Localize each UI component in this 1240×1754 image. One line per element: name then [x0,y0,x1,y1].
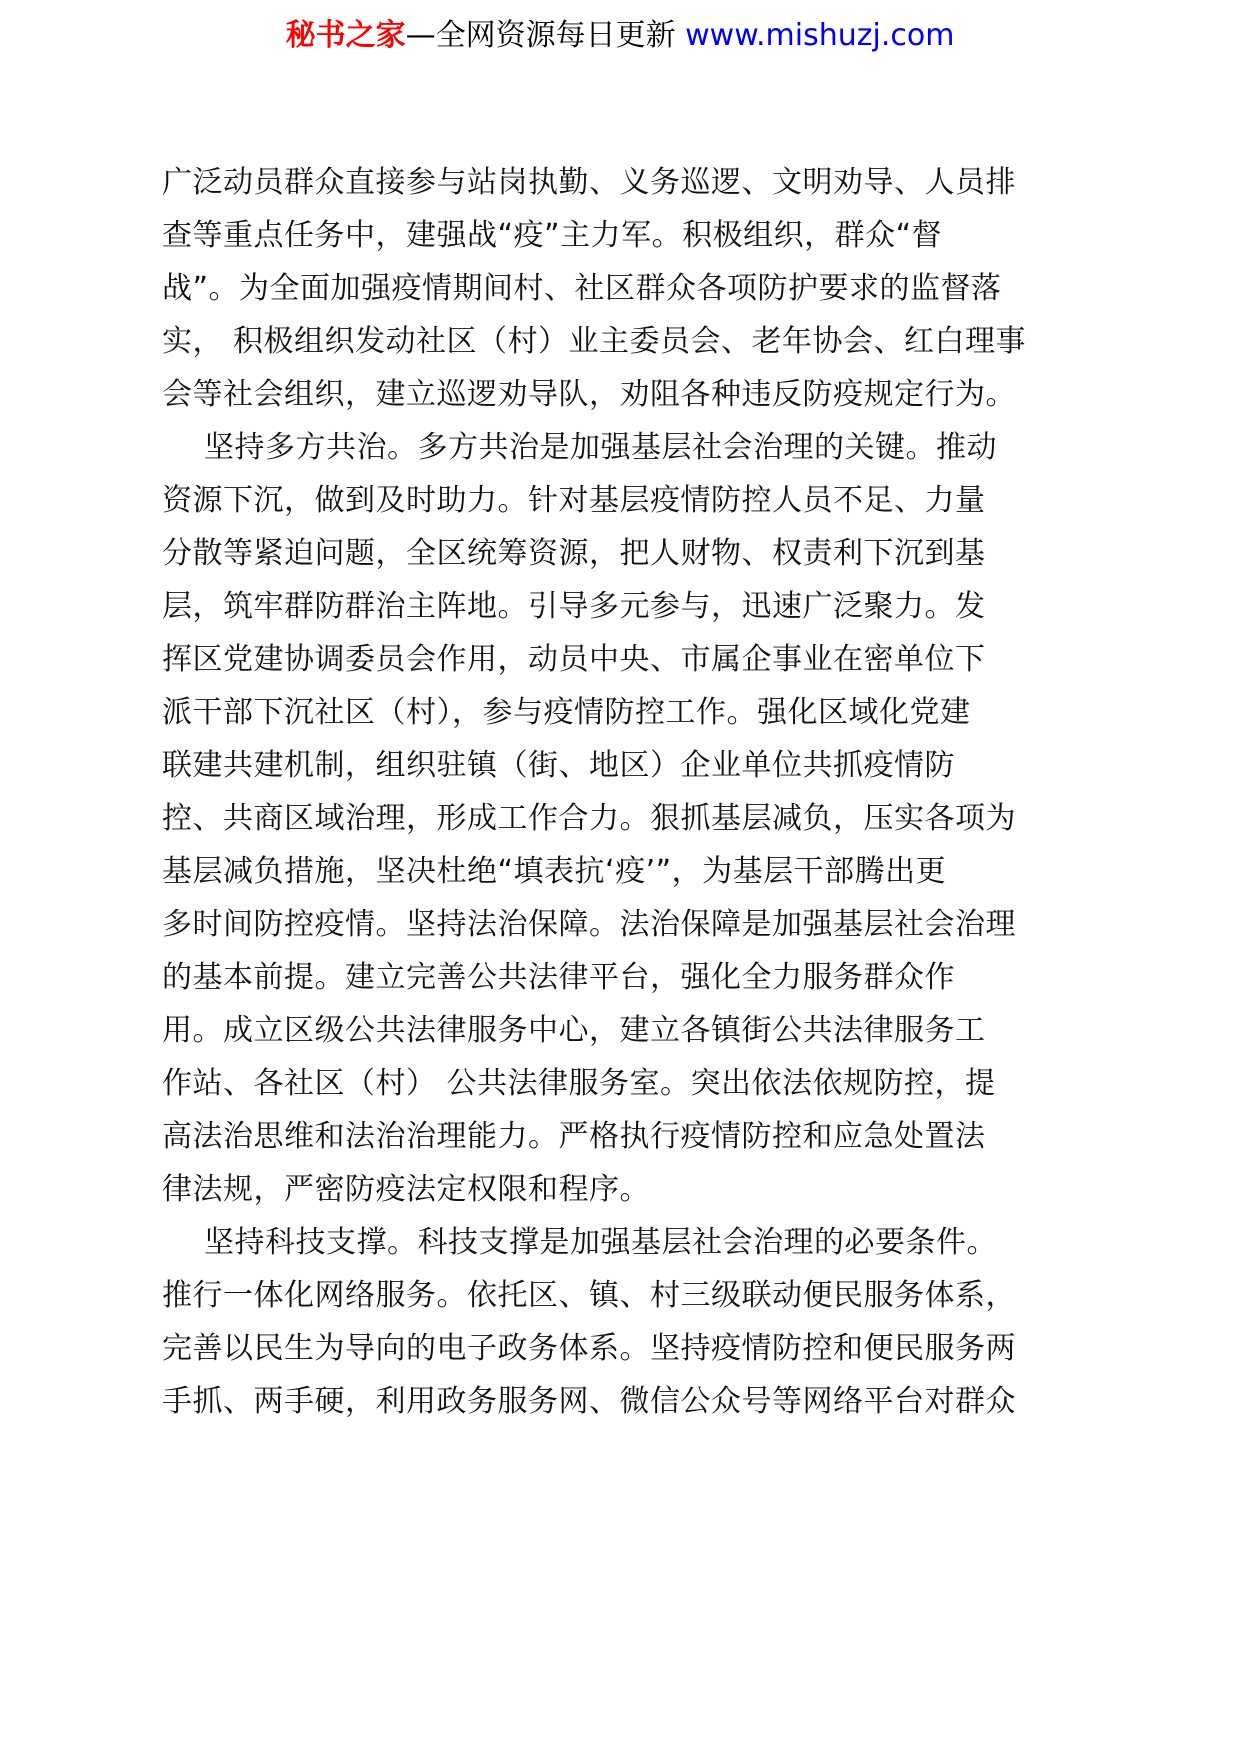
text-line: 基层减负措施，坚决杜绝“填表抗‘疫’”，为基层干部腾出更 [162,845,1092,898]
text-line: 查等重点任务中，建强战“疫”主力军。积极组织，群众“督 [162,209,1092,262]
text-line: 高法治思维和法治治理能力。严格执行疫情防控和应急处置法 [162,1110,1092,1163]
text-line: 控、共商区域治理，形成工作合力。狠抓基层减负，压实各项为 [162,792,1092,845]
text-line: 的基本前提。建立完善公共法律平台，强化全力服务群众作 [162,951,1092,1004]
text-line: 联建共建机制，组织驻镇（街、地区）企业单位共抓疫情防 [162,739,1092,792]
text-line: 用。成立区级公共法律服务中心，建立各镇街公共法律服务工 [162,1004,1092,1057]
paragraph-start-line: 坚持多方共治。多方共治是加强基层社会治理的关键。推动 [162,421,1092,474]
text-line: 派干部下沉社区（村），参与疫情防控工作。强化区域化党建 [162,686,1092,739]
paragraph-start-line: 坚持科技支撑。科技支撑是加强基层社会治理的必要条件。 [162,1216,1092,1269]
text-line: 资源下沉，做到及时助力。针对基层疫情防控人员不足、力量 [162,474,1092,527]
text-line: 作站、各社区（村） 公共法律服务室。突出依法依规防控，提 [162,1057,1092,1110]
text-line: 战”。为全面加强疫情期间村、社区群众各项防护要求的监督落 [162,262,1092,315]
text-line: 会等社会组织，建立巡逻劝导队，劝阻各种违反防疫规定行为。 [162,368,1092,421]
site-url-link[interactable]: www.mishuzj.com [685,18,954,53]
text-line: 挥区党建协调委员会作用，动员中央、市属企事业在密单位下 [162,633,1092,686]
text-line: 分散等紧迫问题，全区统筹资源，把人财物、权责利下沉到基 [162,527,1092,580]
text-line: 层，筑牢群防群治主阵地。引导多元参与，迅速广泛聚力。发 [162,580,1092,633]
text-line: 广泛动员群众直接参与站岗执勤、义务巡逻、文明劝导、人员排 [162,156,1092,209]
text-line: 律法规，严密防疫法定权限和程序。 [162,1163,1092,1216]
text-line: 实， 积极组织发动社区（村）业主委员会、老年协会、红白理事 [162,315,1092,368]
text-line: 完善以民生为导向的电子政务体系。坚持疫情防控和便民服务两 [162,1322,1092,1375]
brand-name: 秘书之家 [286,18,406,53]
header-tagline: —全网资源每日更新 [406,18,686,53]
text-line: 手抓、两手硬，利用政务服务网、微信公众号等网络平台对群众 [162,1375,1092,1428]
text-line: 推行一体化网络服务。依托区、镇、村三级联动便民服务体系， [162,1269,1092,1322]
text-line: 多时间防控疫情。坚持法治保障。法治保障是加强基层社会治理 [162,898,1092,951]
document-body: 广泛动员群众直接参与站岗执勤、义务巡逻、文明劝导、人员排 查等重点任务中，建强战… [162,156,1092,1428]
site-header: 秘书之家—全网资源每日更新 www.mishuzj.com [0,14,1240,58]
